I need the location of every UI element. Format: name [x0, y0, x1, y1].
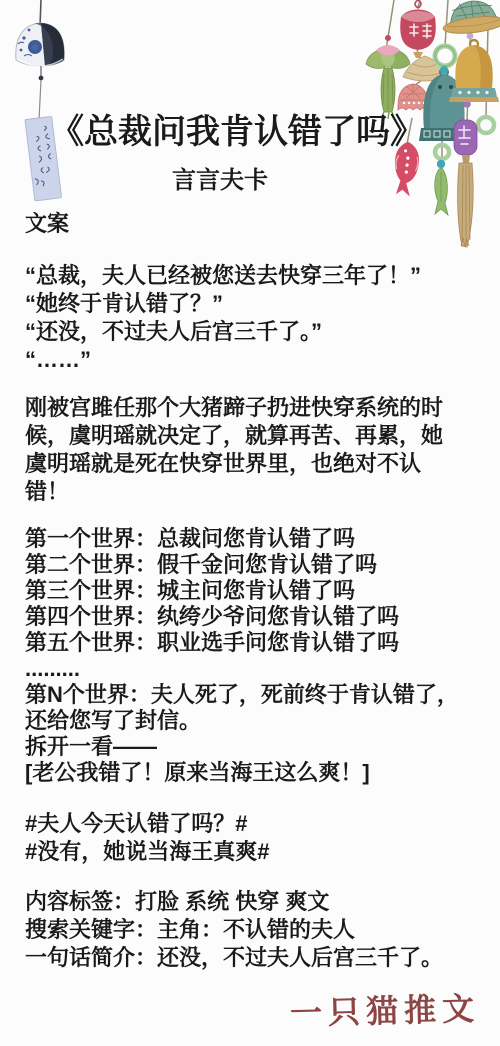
- world-line: 第N个世界：夫人死了，死前终于肯认错了，: [25, 682, 490, 708]
- worlds-block: 第一个世界：总裁问您肯认错了吗 第二个世界：假千金问您肯认错了吗 第三个世界：城…: [25, 526, 490, 786]
- synopsis-content: 文案 “总裁，夫人已经被您送去快穿三年了！” “她终于肯认错了？” “还没，不过…: [25, 210, 490, 972]
- dialogue-line: “她终于肯认错了？”: [25, 290, 490, 318]
- world-line: 第一个世界：总裁问您肯认错了吗: [25, 526, 490, 552]
- dialogue-line: “总裁，夫人已经被您送去快穿三年了！”: [25, 262, 490, 290]
- promo-card: 《总裁问我肯认错了吗》 言言夫卡 文案 “总裁，夫人已经被您送去快穿三年了！” …: [0, 0, 500, 1046]
- hashtag-line: #夫人今天认错了吗？#: [25, 810, 490, 838]
- search-keywords-line: 搜索关键字：主角：不认错的夫人: [25, 916, 490, 944]
- gold-bell-chime: [449, 40, 499, 102]
- ellipsis-line: .........: [25, 656, 490, 682]
- book-title: 《总裁问我肯认错了吗》: [0, 104, 487, 153]
- title-block: 《总裁问我肯认错了吗》 言言夫卡: [0, 104, 500, 195]
- hashtag-line: #没有，她说当海王真爽#: [25, 838, 490, 866]
- letter-line: [老公我错了！原来当海王这么爽！]: [25, 760, 490, 786]
- red-bell-chime: [400, 0, 436, 58]
- section-label: 文案: [25, 210, 490, 238]
- author-name: 言言夫卡: [0, 160, 470, 195]
- dialogue-line: “还没，不过夫人后宫三千了。”: [25, 318, 490, 346]
- world-line: 拆开一看——: [25, 734, 490, 760]
- straw-hat-chime: [440, 0, 500, 36]
- world-line: 第三个世界：城主问您肯认错了吗: [25, 578, 490, 604]
- world-line: 第四个世界：纨绔少爷问您肯认错了吗: [25, 604, 490, 630]
- intro-line: 错！: [25, 478, 490, 506]
- intro-block: 刚被宫雎任那个大猪蹄子扔进快穿系统的时 候，虞明瑶就决定了，就算再苦、再累，她 …: [25, 394, 490, 506]
- world-line: 还给您写了封信。: [25, 708, 490, 734]
- intro-line: 候，虞明瑶就决定了，就算再苦、再累，她: [25, 422, 490, 450]
- dialogue-block: “总裁，夫人已经被您送去快穿三年了！” “她终于肯认错了？” “还没，不过夫人后…: [25, 262, 490, 374]
- watermark: 一只猫推文: [289, 984, 480, 1035]
- dialogue-line: “……”: [25, 346, 490, 374]
- one-line-summary: 一句话简介：还没，不过夫人后宫三千了。: [25, 944, 490, 972]
- world-line: 第五个世界：职业选手问您肯认错了吗: [25, 630, 490, 656]
- content-tags-line: 内容标签：打脸 系统 快穿 爽文: [25, 888, 490, 916]
- intro-line: 刚被宫雎任那个大猪蹄子扔进快穿系统的时: [25, 394, 490, 422]
- world-line: 第二个世界：假千金问您肯认错了吗: [25, 552, 490, 578]
- hashtag-block: #夫人今天认错了吗？# #没有，她说当海王真爽#: [25, 810, 490, 866]
- meta-block: 内容标签：打脸 系统 快穿 爽文 搜索关键字：主角：不认错的夫人 一句话简介：还…: [25, 888, 490, 972]
- intro-line: 虞明瑶就是死在快穿世界里，也绝对不认: [25, 450, 490, 478]
